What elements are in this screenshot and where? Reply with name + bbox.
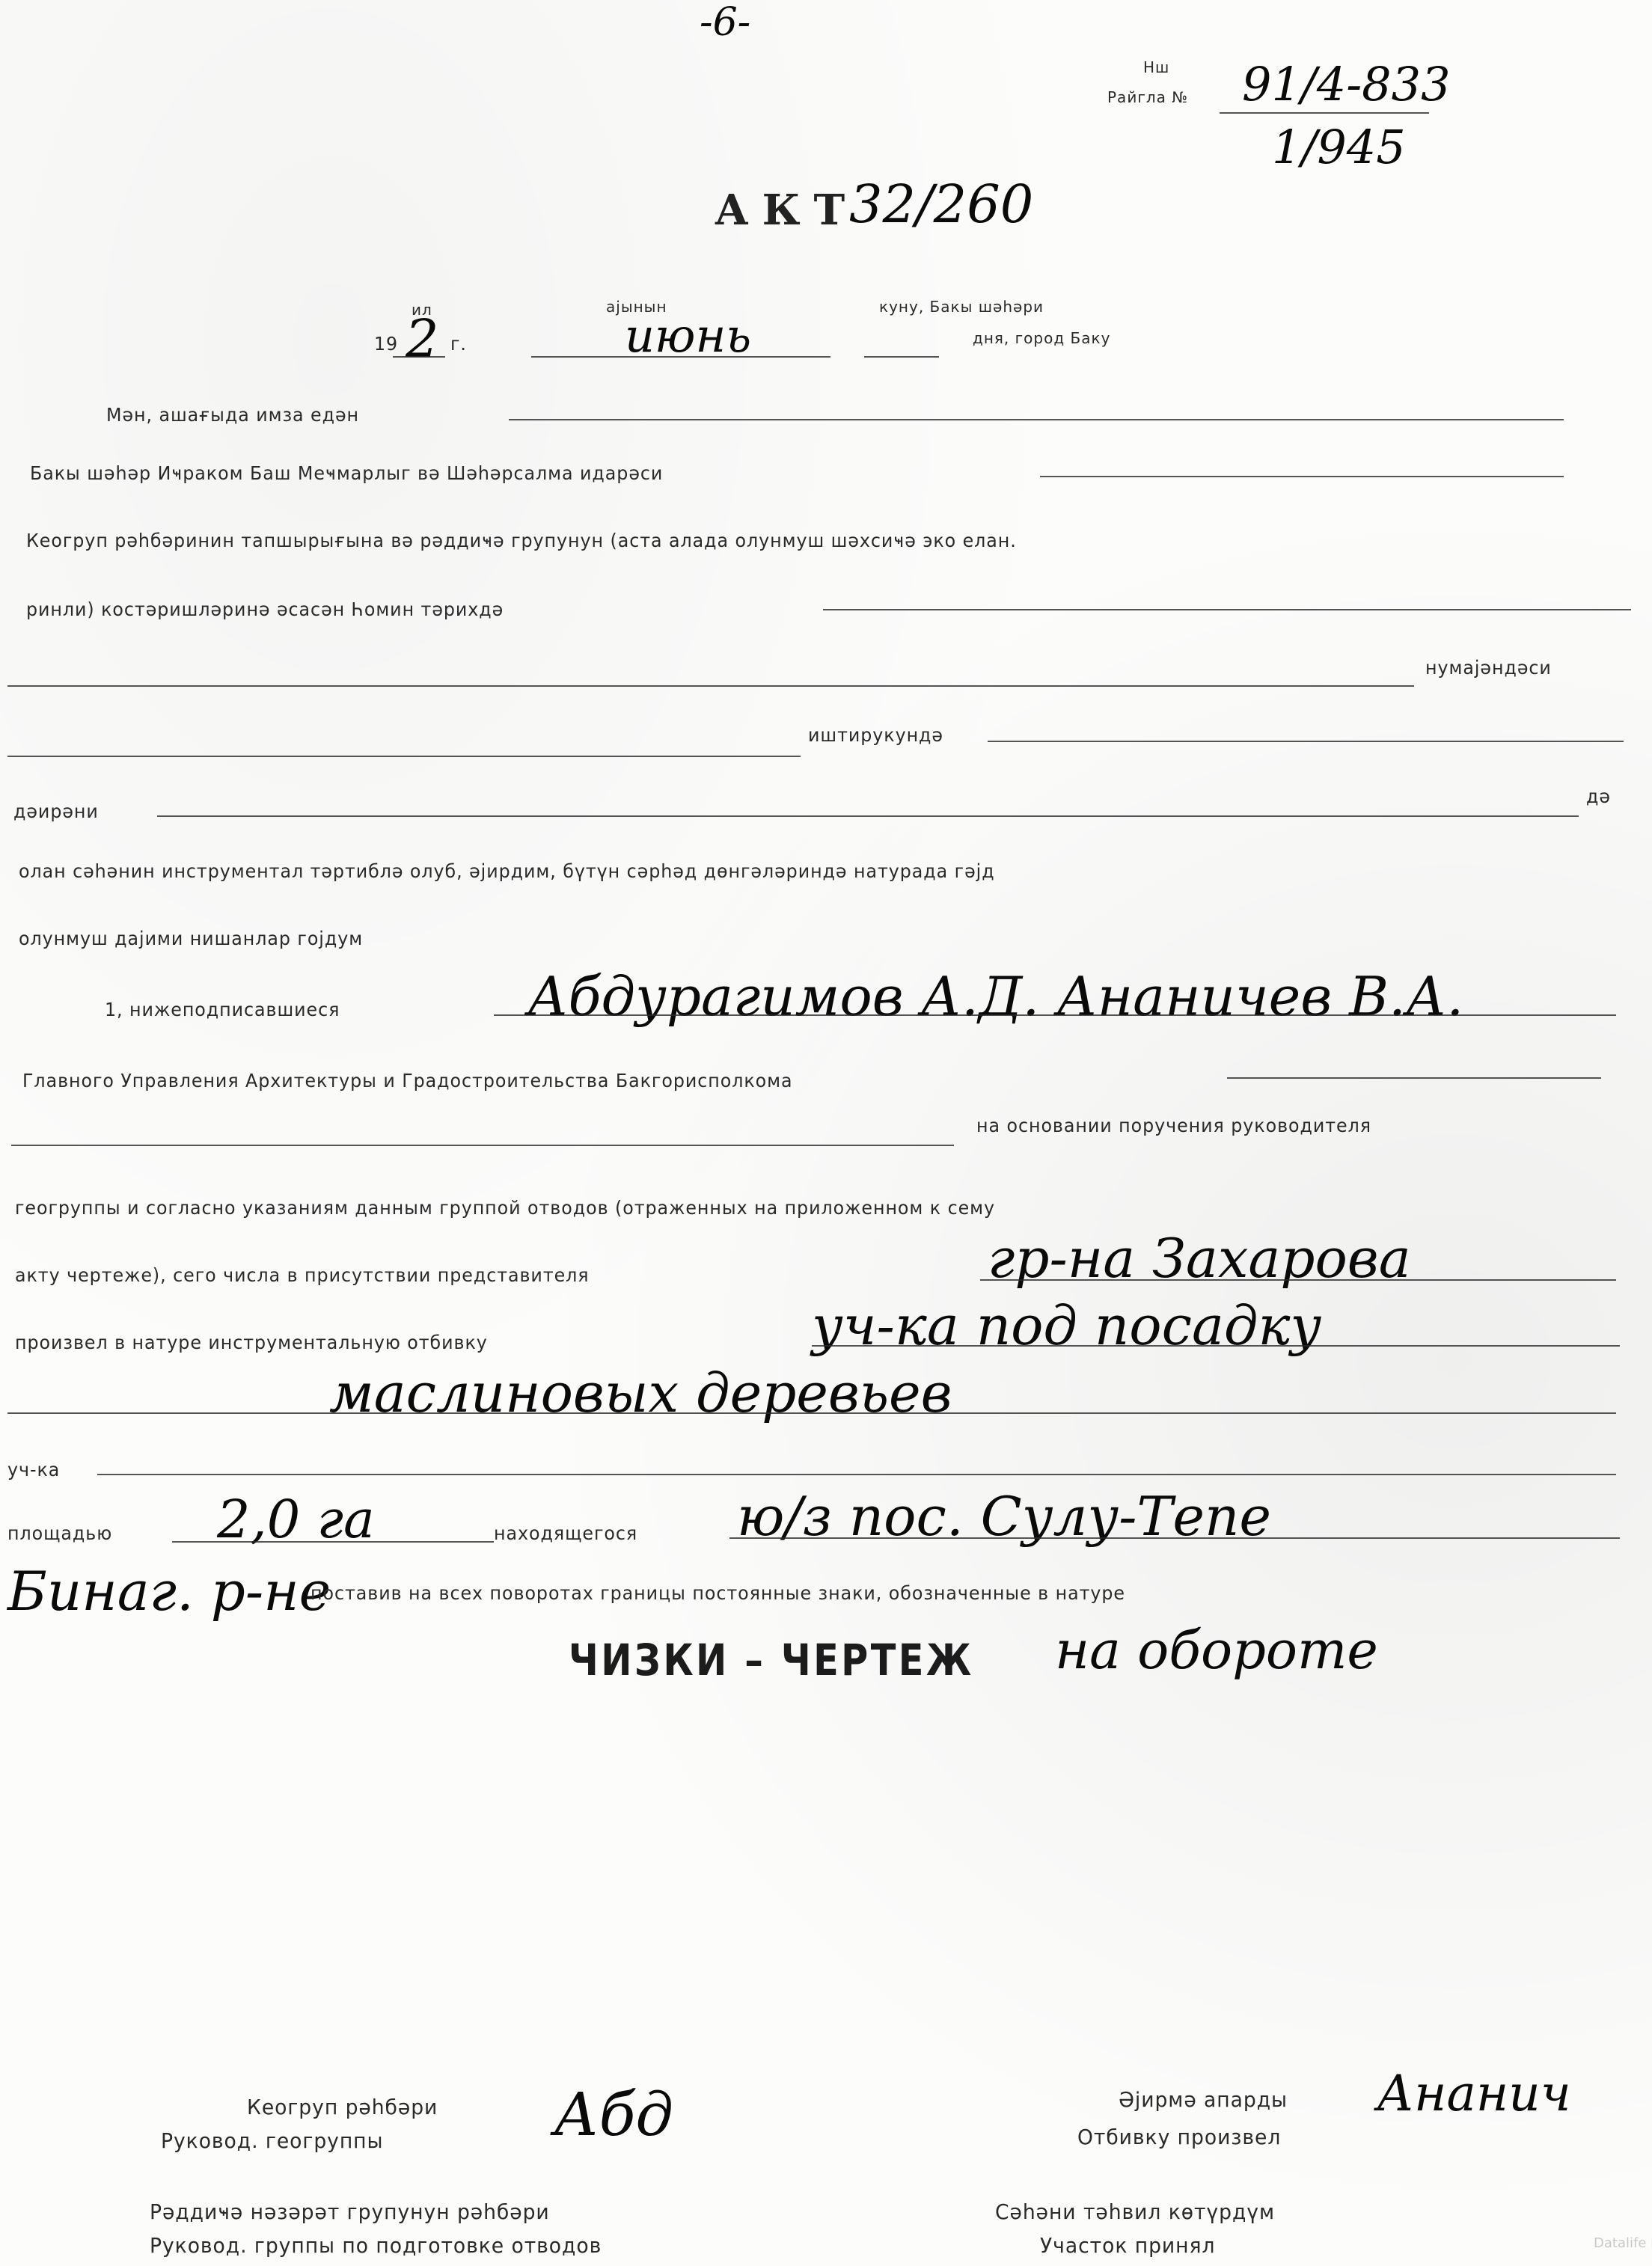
line-16-underline [7,1412,1616,1414]
line-18-location-label: находящегося [494,1522,637,1544]
sig-right-bottom-az: Сәһәни тәһвил көтүрдүм [995,2199,1275,2224]
line-4: ринли) костәришләринә әсасән Һомин тәрих… [26,598,504,620]
line-10-names: Абдурагимов А.Д. Ананичев В.А. [527,965,1463,1028]
sig-left-bottom-ru: Руковод. группы по подготовке отводов [150,2233,602,2258]
line-18-underline-2 [729,1537,1620,1539]
archival-document-page: -6- Нш Райгла № 91/4-833 1/945 АКТ 32/26… [0,0,1652,2266]
line-6-underline-left [7,756,801,757]
line-12-label: на основании поручения руководителя [976,1115,1371,1136]
watermark: Datalife Engine [1594,2235,1652,2251]
sig-right-title-ru: Отбивку произвел [1077,2125,1281,2149]
line-8: олан сәһәнин инструментал тәртиблә олуб,… [19,860,995,882]
line-2-underline [1040,476,1564,477]
line-6-label: иштирукундә [808,724,943,746]
year-prefix: 19 [374,333,398,355]
line-16-trees: маслиновых деревьев [329,1362,952,1424]
line-3: Кеогруп рәһбәринин тапшырығына вә рәддиҹ… [26,530,1017,551]
registry-number: 91/4-833 [1242,57,1451,111]
line-10-label: 1, нижеподписавшиеся [105,999,340,1020]
line-2: Бакы шәһәр Иҹраком Баш Меҹмарлыг вә Шәһә… [30,462,663,484]
registry-underline [1220,112,1429,114]
line-5-label: нумајәндәси [1425,657,1552,679]
month-value: июнь [625,308,751,363]
sketch-heading-note: на обороте [1055,1620,1378,1681]
line-14-underline [980,1279,1616,1281]
sig-left-signature: Абд [554,2080,673,2149]
sig-left-title-ru: Руковод. геогруппы [161,2128,383,2153]
line-7-suffix: дә [1586,786,1611,807]
line-15-purpose: уч-ка под посадку [812,1294,1321,1357]
line-11: Главного Управления Архитектуры и Градос… [22,1070,792,1091]
sig-right-title-az: Әјирмә апарды [1119,2087,1288,2112]
line-1: Мән, ашағыда имза едән [106,404,359,426]
line-19-text: поставив на всех поворотах границы посто… [310,1582,1125,1604]
sig-right-signature: Ананич [1377,2065,1571,2122]
day-label-az: куну, Бакы шәһәри [879,298,1044,316]
registry-subnumber: 1/945 [1272,120,1406,174]
line-7-label: дәирәни [13,800,99,822]
line-4-underline [823,609,1631,610]
day-underline [864,356,939,358]
registry-label-1: Нш [1143,58,1169,76]
registry-label-2: Райгла № [1107,88,1188,106]
line-1-underline [509,419,1564,420]
line-10-underline [494,1014,1616,1016]
year-value: 2 [406,308,439,370]
year-suffix: г. [450,333,467,355]
month-underline [531,356,830,358]
line-18-underline-1 [172,1541,494,1543]
line-14-label: акту чертеже), сего числа в присутствии … [15,1264,590,1286]
line-13: геогруппы и согласно указаниям данным гр… [15,1197,995,1219]
sig-left-bottom-az: Рәддиҹә нәзәрәт групунун рәһбәри [150,2199,550,2224]
day-label-ru: дня, город Баку [973,329,1110,347]
line-19-district: Бинаг. р-не [7,1560,331,1623]
line-6-underline-right [988,741,1624,742]
line-5-underline [7,685,1414,687]
line-17-underline [97,1474,1616,1475]
sketch-heading: ЧИЗКИ – ЧЕРТЕЖ [569,1635,974,1685]
page-number: -6- [700,0,750,45]
line-15-underline [812,1345,1620,1347]
act-number: 32/260 [849,174,1033,235]
line-17-label: уч-ка [7,1459,60,1480]
document-title: АКТ [715,186,858,235]
line-15-label: произвел в натуре инструментальную отбив… [15,1332,488,1353]
year-underline [393,356,445,358]
line-9: олунмуш дајими нишанлар гојдум [19,928,363,949]
line-12-underline [11,1145,954,1146]
line-11-underline [1227,1077,1601,1079]
line-18-area-label: площадью [7,1522,112,1544]
sig-right-bottom-ru: Участок принял [1040,2233,1215,2258]
sig-left-title-az: Кеогруп рәһбәри [247,2095,438,2119]
line-7-underline [157,815,1579,817]
